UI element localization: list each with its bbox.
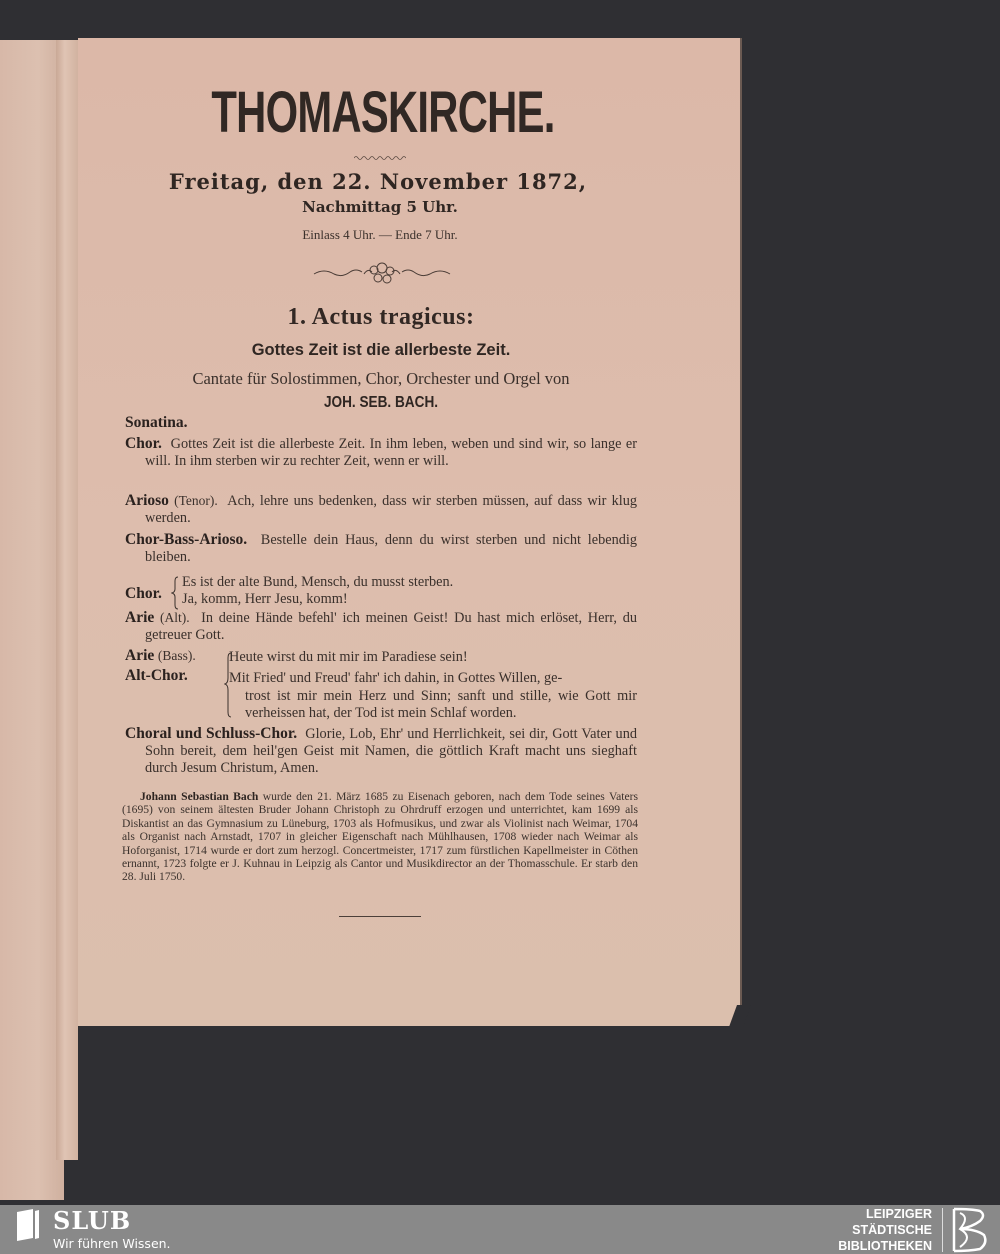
- movement-label: Choral und Schluss-Chor.: [125, 725, 297, 742]
- book-icon: [13, 1208, 41, 1242]
- closing-rule: [339, 916, 421, 917]
- title-underline-ornament: [354, 155, 406, 161]
- dialogue-line: Es ist der alte Bund, Mensch, du musst s…: [182, 574, 453, 591]
- concert-time: Nachmittag 5 Uhr.: [78, 198, 682, 216]
- composer-name: JOH. SEB. BACH.: [123, 394, 638, 412]
- page-title: THOMASKIRCHE.: [163, 82, 602, 144]
- work-subtitle: Cantate für Solostimmen, Chor, Orchester…: [78, 369, 684, 389]
- movement-text: Ach, lehre uns bedenken, dass wir sterbe…: [145, 493, 637, 526]
- movement-label: Arie: [125, 647, 154, 664]
- lsb-b-icon: [950, 1207, 990, 1253]
- movement-arie-alt: Arie (Alt). In deine Hände befehl' ich m…: [125, 610, 637, 644]
- work-title: Gottes Zeit ist die allerbeste Zeit.: [78, 341, 684, 360]
- biography-name: Johann Sebastian Bach: [140, 790, 258, 803]
- logo-line: LEIPZIGER: [838, 1206, 932, 1222]
- movement-chor: Chor. Gottes Zeit ist die allerbeste Zei…: [125, 436, 637, 470]
- brace-icon: [171, 576, 179, 610]
- movement-choral-schluss-chor: Choral und Schluss-Chor. Glorie, Lob, Eh…: [125, 726, 637, 776]
- movement-text: Heute wirst du mit mir im Paradiese sein…: [229, 649, 468, 666]
- voice-part: (Tenor).: [174, 493, 218, 508]
- concert-date: Freitag, den 22. November 1872,: [78, 169, 678, 194]
- floral-ornament-icon: [312, 260, 452, 286]
- binding-fold: [56, 40, 78, 1160]
- logo-line: BIBLIOTHEKEN: [838, 1238, 932, 1254]
- composer-biography: Johann Sebastian Bach wurde den 21. März…: [122, 790, 638, 884]
- movement-label: Arioso: [125, 492, 169, 509]
- movement-text: In deine Hände befehl' ich meinen Geist!…: [145, 610, 637, 643]
- movement-label: Arie: [125, 609, 154, 626]
- voice-part: (Alt).: [160, 610, 190, 625]
- movement-label: Chor.: [125, 586, 162, 603]
- voice-part: (Bass).: [158, 648, 196, 663]
- movement-chor-bass-arioso: Chor-Bass-Arioso. Bestelle dein Haus, de…: [125, 532, 637, 566]
- logo-divider: [942, 1208, 943, 1252]
- dialogue-line: Ja, komm, Herr Jesu, komm!: [182, 591, 453, 608]
- adjacent-page-edge: [0, 40, 64, 1200]
- movement-label: Alt-Chor.: [125, 668, 188, 685]
- movement-label: Chor-Bass-Arioso.: [125, 531, 247, 548]
- movement-text: Gottes Zeit ist die allerbeste Zeit. In …: [145, 436, 637, 469]
- admission-times: Einlass 4 Uhr. — Ende 7 Uhr.: [78, 227, 682, 243]
- movement-text: Mit Fried' und Freud' fahr' ich dahin, i…: [229, 670, 637, 687]
- section-heading: 1. Actus tragicus:: [78, 304, 684, 331]
- slub-tagline: Wir führen Wissen.: [53, 1236, 171, 1251]
- movement-arioso-tenor: Arioso (Tenor). Ach, lehre uns bedenken,…: [125, 493, 637, 527]
- movement-text: trost ist mir mein Herz und Sinn; sanft …: [245, 688, 637, 722]
- slub-logo-text[interactable]: SLUB: [53, 1206, 131, 1235]
- movement-sonatina: Sonatina.: [125, 414, 187, 432]
- movement-label: Chor.: [125, 435, 162, 452]
- logo-line: STÄDTISCHE: [838, 1222, 932, 1238]
- leipzig-library-logo-text[interactable]: LEIPZIGER STÄDTISCHE BIBLIOTHEKEN: [838, 1206, 932, 1254]
- document-page: THOMASKIRCHE. Freitag, den 22. November …: [78, 38, 740, 1026]
- biography-text: wurde den 21. März 1685 zu Eisenach gebo…: [122, 790, 638, 883]
